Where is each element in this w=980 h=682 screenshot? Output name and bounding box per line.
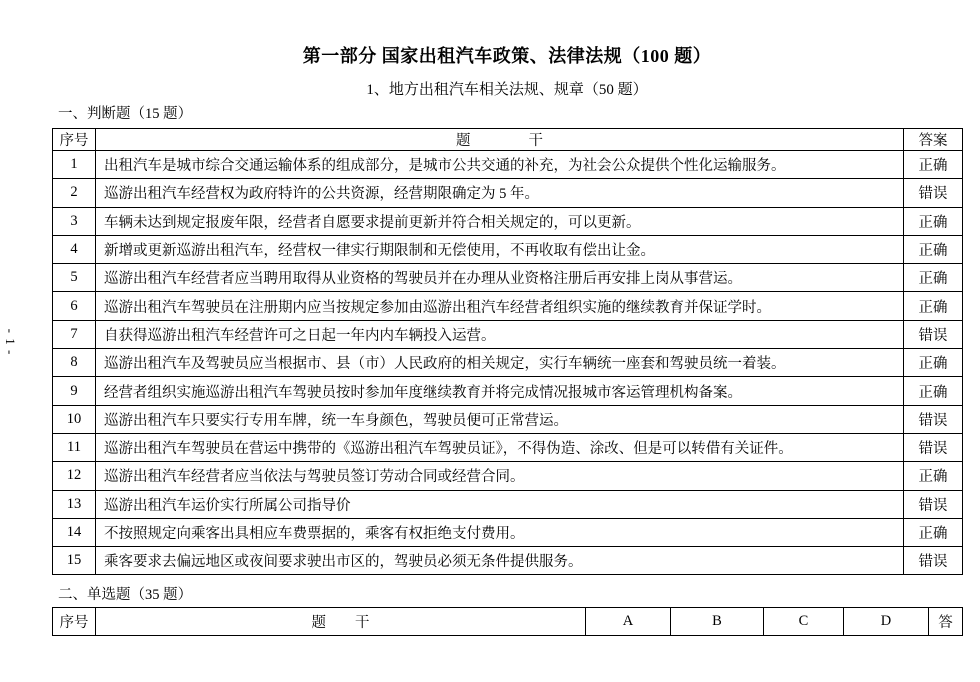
table-row: 5 巡游出租汽车经营者应当聘用取得从业资格的驾驶员并在办理从业资格注册后再安排上… [53, 264, 963, 292]
question-cell: 巡游出租汽车经营者应当聘用取得从业资格的驾驶员并在办理从业资格注册后再安排上岗从… [96, 264, 904, 292]
row-number-cell: 11 [53, 433, 96, 461]
row-number-cell: 4 [53, 235, 96, 263]
question-cell: 巡游出租汽车驾驶员在营运中携带的《巡游出租汽车驾驶员证》，不得伪造、涂改、但是可… [96, 433, 904, 461]
choice-section-heading: 二、单选题（35 题） [58, 583, 192, 604]
table-row: 7 自获得巡游出租汽车经营许可之日起一年内内车辆投入运营。 错误 [53, 320, 963, 348]
question-cell: 巡游出租汽车经营权为政府特许的公共资源，经营期限确定为 5 年。 [96, 179, 904, 207]
document-title: 第一部分 国家出租汽车政策、法律法规（100 题） [52, 42, 962, 68]
header-question: 题 干 [96, 608, 586, 636]
answer-cell: 错误 [904, 179, 963, 207]
question-cell: 新增或更新巡游出租汽车，经营权一律实行期限制和无偿使用，不再收取有偿出让金。 [96, 235, 904, 263]
question-cell: 车辆未达到规定报废年限，经营者自愿要求提前更新并符合相关规定的，可以更新。 [96, 207, 904, 235]
question-cell: 巡游出租汽车驾驶员在注册期内应当按规定参加由巡游出租汽车经营者组织实施的继续教育… [96, 292, 904, 320]
row-number-cell: 13 [53, 490, 96, 518]
row-number-cell: 1 [53, 151, 96, 179]
table-row: 2 巡游出租汽车经营权为政府特许的公共资源，经营期限确定为 5 年。 错误 [53, 179, 963, 207]
answer-cell: 正确 [904, 518, 963, 546]
judgment-header-row: 序号 题 干 答案 [53, 129, 963, 151]
header-question: 题 干 [96, 129, 904, 151]
table-row: 3 车辆未达到规定报废年限，经营者自愿要求提前更新并符合相关规定的，可以更新。 … [53, 207, 963, 235]
question-cell: 经营者组织实施巡游出租汽车驾驶员按时参加年度继续教育并将完成情况报城市客运管理机… [96, 377, 904, 405]
answer-cell: 错误 [904, 320, 963, 348]
choice-table: 序号 题 干 A B C D 答 [52, 607, 963, 636]
row-number-cell: 14 [53, 518, 96, 546]
table-row: 10 巡游出租汽车只要实行专用车牌，统一车身颜色，驾驶员便可正常营运。 错误 [53, 405, 963, 433]
answer-cell: 正确 [904, 207, 963, 235]
table-row: 11 巡游出租汽车驾驶员在营运中携带的《巡游出租汽车驾驶员证》，不得伪造、涂改、… [53, 433, 963, 461]
answer-cell: 正确 [904, 264, 963, 292]
table-row: 9 经营者组织实施巡游出租汽车驾驶员按时参加年度继续教育并将完成情况报城市客运管… [53, 377, 963, 405]
header-no: 序号 [53, 608, 96, 636]
row-number-cell: 5 [53, 264, 96, 292]
judgment-section-heading: 一、判断题（15 题） [58, 102, 192, 123]
choice-header-row: 序号 题 干 A B C D 答 [53, 608, 963, 636]
header-option-a: A [586, 608, 671, 636]
row-number-cell: 15 [53, 547, 96, 575]
answer-cell: 错误 [904, 547, 963, 575]
table-row: 13 巡游出租汽车运价实行所属公司指导价 错误 [53, 490, 963, 518]
answer-cell: 正确 [904, 349, 963, 377]
answer-cell: 正确 [904, 462, 963, 490]
question-cell: 巡游出租汽车及驾驶员应当根据市、县（市）人民政府的相关规定，实行车辆统一座套和驾… [96, 349, 904, 377]
table-row: 6 巡游出租汽车驾驶员在注册期内应当按规定参加由巡游出租汽车经营者组织实施的继续… [53, 292, 963, 320]
question-cell: 出租汽车是城市综合交通运输体系的组成部分，是城市公共交通的补充，为社会公众提供个… [96, 151, 904, 179]
header-option-b: B [671, 608, 764, 636]
question-cell: 巡游出租汽车经营者应当依法与驾驶员签订劳动合同或经营合同。 [96, 462, 904, 490]
vertical-page-number: - 1 - [4, 327, 18, 357]
answer-cell: 错误 [904, 433, 963, 461]
header-option-d: D [844, 608, 929, 636]
row-number-cell: 7 [53, 320, 96, 348]
row-number-cell: 9 [53, 377, 96, 405]
question-cell: 自获得巡游出租汽车经营许可之日起一年内内车辆投入运营。 [96, 320, 904, 348]
header-no: 序号 [53, 129, 96, 151]
table-row: 8 巡游出租汽车及驾驶员应当根据市、县（市）人民政府的相关规定，实行车辆统一座套… [53, 349, 963, 377]
answer-cell: 正确 [904, 377, 963, 405]
header-option-c: C [764, 608, 844, 636]
row-number-cell: 10 [53, 405, 96, 433]
row-number-cell: 12 [53, 462, 96, 490]
header-answer: 答 [929, 608, 963, 636]
row-number-cell: 3 [53, 207, 96, 235]
table-row: 15 乘客要求去偏远地区或夜间要求驶出市区的，驾驶员必须无条件提供服务。 错误 [53, 547, 963, 575]
table-row: 1 出租汽车是城市综合交通运输体系的组成部分，是城市公共交通的补充，为社会公众提… [53, 151, 963, 179]
document-page: - 1 - 第一部分 国家出租汽车政策、法律法规（100 题） 1、地方出租汽车… [0, 0, 980, 682]
header-answer: 答案 [904, 129, 963, 151]
question-cell: 不按照规定向乘客出具相应车费票据的，乘客有权拒绝支付费用。 [96, 518, 904, 546]
table-row: 12 巡游出租汽车经营者应当依法与驾驶员签订劳动合同或经营合同。 正确 [53, 462, 963, 490]
question-cell: 乘客要求去偏远地区或夜间要求驶出市区的，驾驶员必须无条件提供服务。 [96, 547, 904, 575]
answer-cell: 正确 [904, 151, 963, 179]
answer-cell: 错误 [904, 490, 963, 518]
table-row: 14 不按照规定向乘客出具相应车费票据的，乘客有权拒绝支付费用。 正确 [53, 518, 963, 546]
row-number-cell: 8 [53, 349, 96, 377]
answer-cell: 正确 [904, 292, 963, 320]
row-number-cell: 6 [53, 292, 96, 320]
question-cell: 巡游出租汽车只要实行专用车牌，统一车身颜色，驾驶员便可正常营运。 [96, 405, 904, 433]
answer-cell: 错误 [904, 405, 963, 433]
row-number-cell: 2 [53, 179, 96, 207]
question-cell: 巡游出租汽车运价实行所属公司指导价 [96, 490, 904, 518]
answer-cell: 正确 [904, 235, 963, 263]
judgment-table: 序号 题 干 答案 1 出租汽车是城市综合交通运输体系的组成部分，是城市公共交通… [52, 128, 963, 575]
table-row: 4 新增或更新巡游出租汽车，经营权一律实行期限制和无偿使用，不再收取有偿出让金。… [53, 235, 963, 263]
document-subtitle: 1、地方出租汽车相关法规、规章（50 题） [52, 78, 962, 99]
